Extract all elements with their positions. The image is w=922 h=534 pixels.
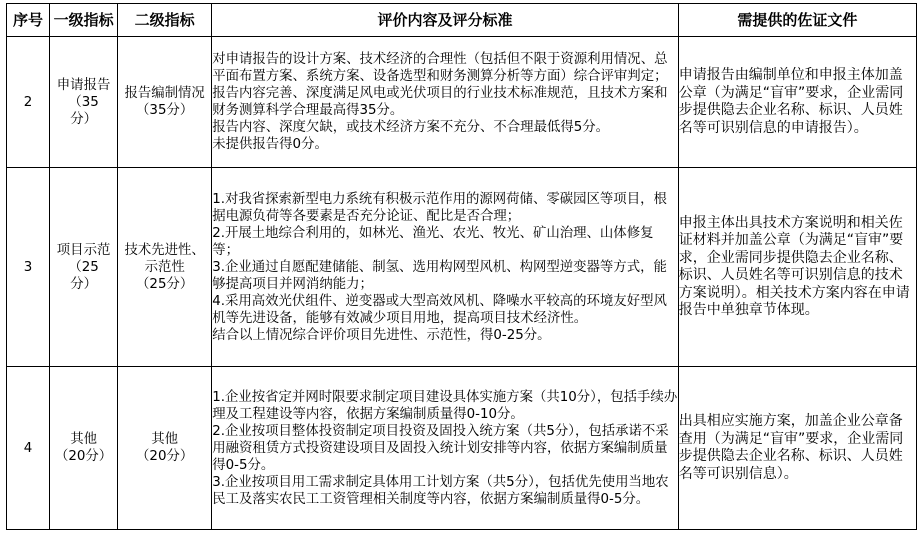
level1-score-unit: 分） (50, 111, 117, 128)
evidence-docs-text: 出具相应实施方案，加盖企业公章备查用（为满足“盲审”要求，企业需同步提供隐去企业… (679, 413, 916, 483)
criteria-cell: 1.企业按省定并网时限要求制定项目建设具体实施方案（共10分），包括手续办理及工… (212, 367, 679, 530)
level2-score: （25分） (118, 276, 211, 293)
evidence-docs-cell: 申报主体出具技术方案说明和相关佐证材料并加盖公章（为满足“盲审”要求，企业需同步… (678, 168, 916, 367)
row-no: 2 (7, 37, 50, 168)
level1-score: （25 (50, 259, 117, 276)
criteria-cell: 对申请报告的设计方案、技术经济的合理性（包括但不限于资源利用情况、总平面布置方案… (212, 37, 679, 168)
scoring-table: 序号 一级指标 二级指标 评价内容及评分标准 需提供的佐证文件 2 申请报告 （… (6, 3, 917, 530)
criteria-line: 对申请报告的设计方案、技术经济的合理性（包括但不限于资源利用情况、总平面布置方案… (212, 51, 678, 119)
header-level2-indicator: 二级指标 (118, 4, 212, 37)
criteria-line: 结合以上情况综合评价项目先进性、示范性，得0-25分。 (212, 327, 678, 344)
evidence-docs-text: 申报主体出具技术方案说明和相关佐证材料并加盖公章（为满足“盲审”要求，企业需同步… (679, 215, 916, 320)
criteria-line: 4.采用高效光伏组件、逆变器或大型高效风机、降噪水平较高的环境友好型风机等先进设… (212, 293, 678, 327)
table-row: 2 申请报告 （35 分） 报告编制情况（35分） 对申请报告的设计方案、技术经… (7, 37, 917, 168)
level2-name: 其他 (118, 431, 211, 448)
criteria-line: 2.开展土地综合利用的，如林光、渔光、农光、牧光、矿山治理、山体修复等； (212, 225, 678, 259)
criteria-line: 未提供报告得0分。 (212, 136, 678, 153)
criteria-line: 3.企业按项目用工需求制定具体用工计划方案（共5分），包括优先使用当地农民工及落… (212, 474, 678, 508)
criteria-line: 2.企业按项目整体投资制定项目投资及固投入统方案（共5分），包括承诺不采用融资租… (212, 423, 678, 474)
criteria-line: 1.对我省探索新型电力系统有积极示范作用的源网荷储、零碳园区等项目，根据电源负荷… (212, 191, 678, 225)
level2-name: 技术先进性、 (118, 242, 211, 259)
level2-indicator: 技术先进性、 示范性 （25分） (118, 168, 212, 367)
level1-name: 申请报告 (50, 77, 117, 94)
level1-score: （20分） (50, 448, 117, 465)
table-row: 3 项目示范 （25 分） 技术先进性、 示范性 （25分） 1.对我省探索新型… (7, 168, 917, 367)
criteria-line: 报告内容、深度欠缺，或技术经济方案不充分、不合理最低得5分。 (212, 119, 678, 136)
level1-score-unit: 分） (50, 276, 117, 293)
header-no: 序号 (7, 4, 50, 37)
level1-name: 其他 (50, 431, 117, 448)
row-no: 4 (7, 367, 50, 530)
level2-score: （20分） (118, 448, 211, 465)
evidence-docs-text: 申请报告由编制单位和申报主体加盖公章（为满足“盲审”要求，企业需同步提供隐去企业… (679, 67, 916, 137)
criteria-cell: 1.对我省探索新型电力系统有积极示范作用的源网荷储、零碳园区等项目，根据电源负荷… (212, 168, 679, 367)
level2-indicator: 报告编制情况（35分） (118, 37, 212, 168)
level2-name: 报告编制情况（35分） (118, 85, 211, 119)
criteria-line: 1.企业按省定并网时限要求制定项目建设具体实施方案（共10分），包括手续办理及工… (212, 389, 678, 423)
evidence-docs-cell: 申请报告由编制单位和申报主体加盖公章（为满足“盲审”要求，企业需同步提供隐去企业… (678, 37, 916, 168)
table-header-row: 序号 一级指标 二级指标 评价内容及评分标准 需提供的佐证文件 (7, 4, 917, 37)
level1-indicator: 其他 （20分） (50, 367, 118, 530)
evidence-docs-cell: 出具相应实施方案，加盖企业公章备查用（为满足“盲审”要求，企业需同步提供隐去企业… (678, 367, 916, 530)
level1-name: 项目示范 (50, 242, 117, 259)
level1-indicator: 申请报告 （35 分） (50, 37, 118, 168)
header-level1-indicator: 一级指标 (50, 4, 118, 37)
table-row: 4 其他 （20分） 其他 （20分） 1.企业按省定并网时限要求制定项目建设具… (7, 367, 917, 530)
level1-score: （35 (50, 94, 117, 111)
level2-indicator: 其他 （20分） (118, 367, 212, 530)
header-criteria: 评价内容及评分标准 (212, 4, 679, 37)
level2-name-cont: 示范性 (118, 259, 211, 276)
header-evidence-docs: 需提供的佐证文件 (678, 4, 916, 37)
row-no: 3 (7, 168, 50, 367)
level1-indicator: 项目示范 （25 分） (50, 168, 118, 367)
criteria-line: 3.企业通过自愿配建储能、制氢、选用构网型风机、构网型逆变器等方式，能够提高项目… (212, 259, 678, 293)
